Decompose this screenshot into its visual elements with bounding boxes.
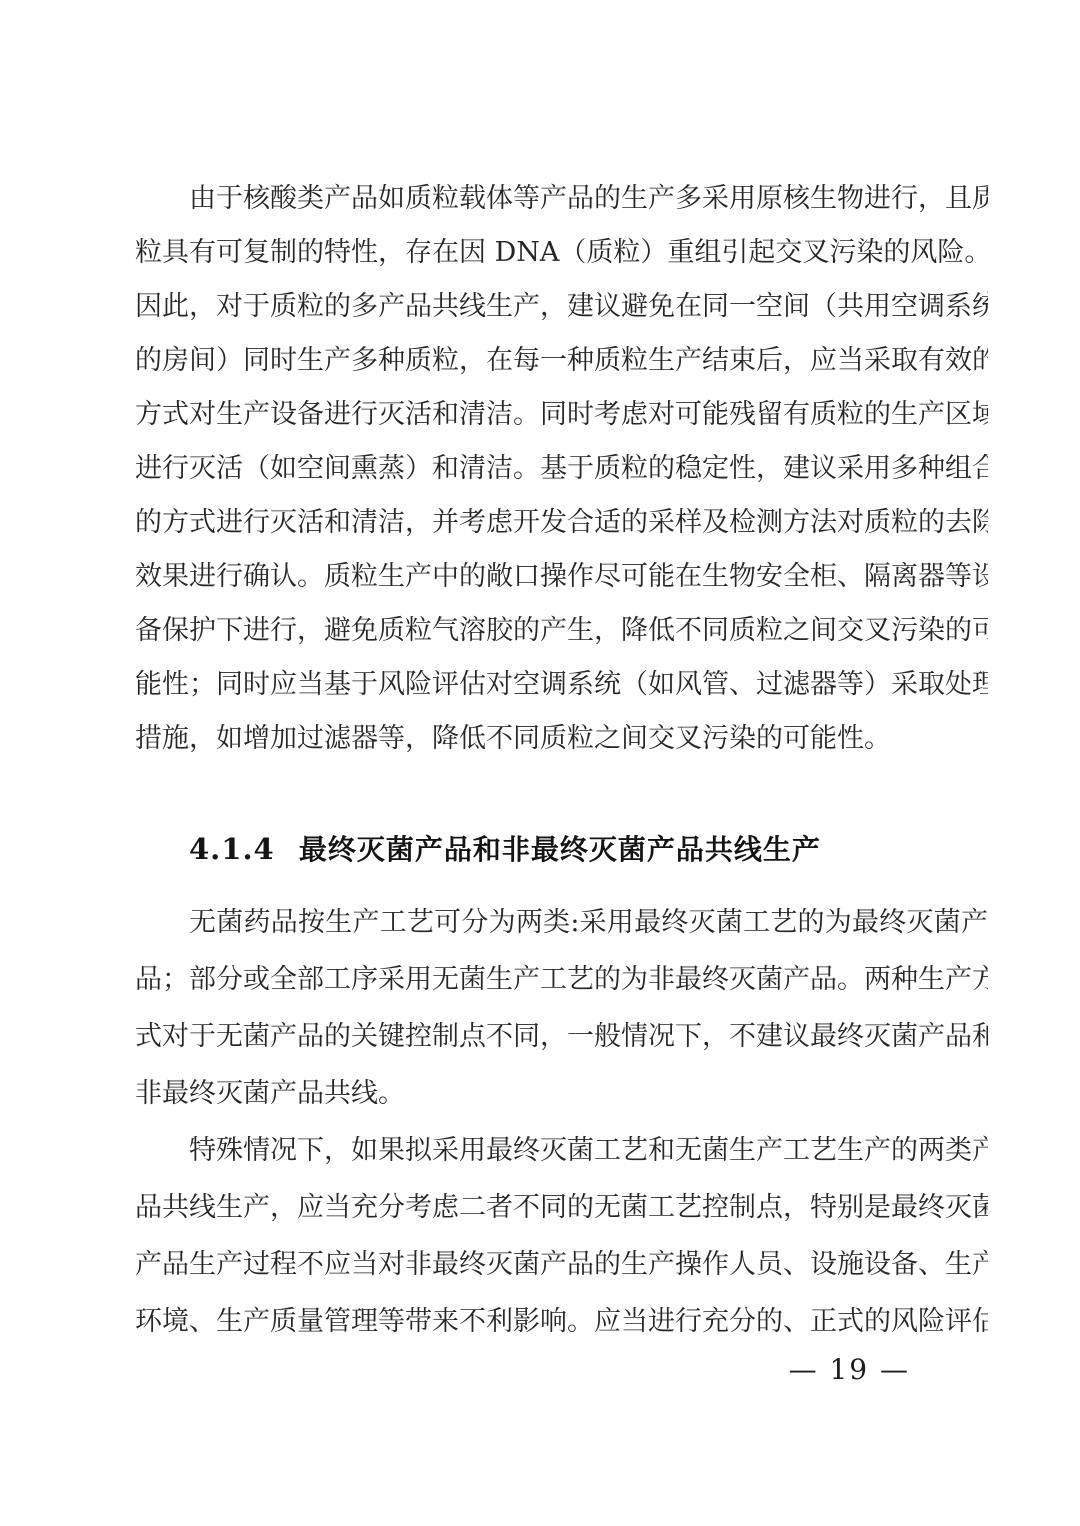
paragraph-special-cases: 特殊情况下，如果拟采用最终灭菌工艺和无菌生产工艺生产的两类产 品共线生产，应当充… <box>135 1122 988 1350</box>
paragraph-plasmid-coproduction: 由于核酸类产品如质粒载体等产品的生产多采用原核生物进行，且质 粒具有可复制的特性… <box>135 172 988 766</box>
text-line: 式对于无菌产品的关键控制点不同，一般情况下，不建议最终灭菌产品和 <box>135 1008 988 1065</box>
text-line: 效果进行确认。质粒生产中的敞口操作尽可能在生物安全柜、隔离器等设 <box>135 550 988 604</box>
document-page: 由于核酸类产品如质粒载体等产品的生产多采用原核生物进行，且质 粒具有可复制的特性… <box>0 0 1080 1526</box>
text-line: 能性；同时应当基于风险评估对空调系统（如风管、过滤器等）采取处理 <box>135 658 988 712</box>
text-line: 由于核酸类产品如质粒载体等产品的生产多采用原核生物进行，且质 <box>135 172 988 226</box>
text-line: 产品生产过程不应当对非最终灭菌产品的生产操作人员、设施设备、生产 <box>135 1236 988 1293</box>
section-title: 最终灭菌产品和非最终灭菌产品共线生产 <box>299 833 821 866</box>
text-line: 非最终灭菌产品共线。 <box>135 1065 988 1122</box>
text-line: 措施，如增加过滤器等，降低不同质粒之间交叉污染的可能性。 <box>135 712 988 766</box>
section-heading: 4.1.4 最终灭菌产品和非最终灭菌产品共线生产 <box>135 822 988 876</box>
text-line: 因此，对于质粒的多产品共线生产，建议避免在同一空间（共用空调系统 <box>135 280 988 334</box>
text-line: 无菌药品按生产工艺可分为两类:采用最终灭菌工艺的为最终灭菌产 <box>135 894 988 951</box>
text-line: 进行灭活（如空间熏蒸）和清洁。基于质粒的稳定性，建议采用多种组合 <box>135 442 988 496</box>
page-number: — 19 — <box>789 1355 910 1385</box>
text-line: 环境、生产质量管理等带来不利影响。应当进行充分的、正式的风险评估 <box>135 1293 988 1350</box>
text-line: 备保护下进行，避免质粒气溶胶的产生，降低不同质粒之间交叉污染的可 <box>135 604 988 658</box>
text-line: 的方式进行灭活和清洁，并考虑开发合适的采样及检测方法对质粒的去除 <box>135 496 988 550</box>
text-line: 粒具有可复制的特性，存在因 DNA（质粒）重组引起交叉污染的风险。 <box>135 226 988 280</box>
text-line: 品共线生产，应当充分考虑二者不同的无菌工艺控制点，特别是最终灭菌 <box>135 1179 988 1236</box>
text-line: 特殊情况下，如果拟采用最终灭菌工艺和无菌生产工艺生产的两类产 <box>135 1122 988 1179</box>
section-number: 4.1.4 <box>189 832 275 866</box>
text-line: 方式对生产设备进行灭活和清洁。同时考虑对可能残留有质粒的生产区域 <box>135 388 988 442</box>
text-line: 的房间）同时生产多种质粒，在每一种质粒生产结束后，应当采取有效的 <box>135 334 988 388</box>
body-text-block: 由于核酸类产品如质粒载体等产品的生产多采用原核生物进行，且质 粒具有可复制的特性… <box>135 0 988 1350</box>
paragraph-sterile-classification: 无菌药品按生产工艺可分为两类:采用最终灭菌工艺的为最终灭菌产 品；部分或全部工序… <box>135 894 988 1122</box>
text-line: 品；部分或全部工序采用无菌生产工艺的为非最终灭菌产品。两种生产方 <box>135 951 988 1008</box>
